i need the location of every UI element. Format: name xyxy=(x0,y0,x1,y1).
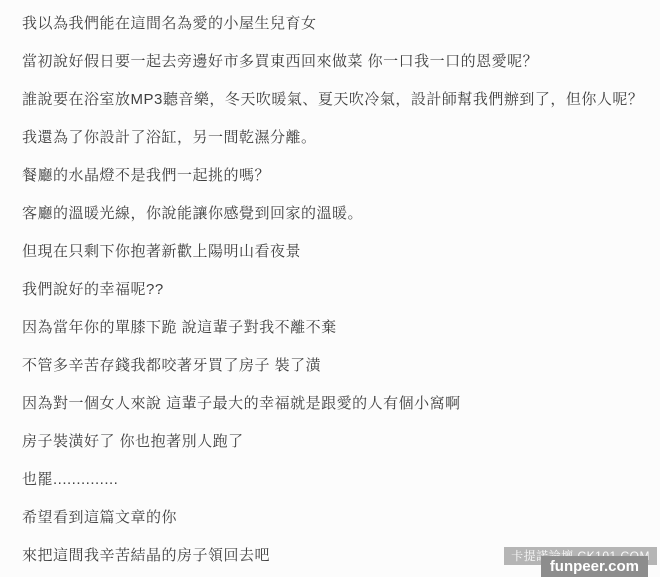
post-line: 因為對一個女人來說 這輩子最大的幸福就是跟愛的人有個小窩啊 xyxy=(22,385,650,423)
post-line: 但現在只剩下你抱著新歡上陽明山看夜景 xyxy=(22,233,650,271)
post-body: 我以為我們能在這間名為愛的小屋生兒育女 當初說好假日要一起去旁邊好市多買東西回來… xyxy=(0,0,660,577)
post-line: 因為當年你的單膝下跪 說這輩子對我不離不棄 xyxy=(22,309,650,347)
site-watermark: funpeer.com xyxy=(541,556,648,577)
post-line: 我們說好的幸福呢?? xyxy=(22,271,650,309)
post-line: 房子裝潢好了 你也抱著別人跑了 xyxy=(22,423,650,461)
post-line: 客廳的溫暖光線，你說能讓你感覺到回家的溫暖。 xyxy=(22,195,650,233)
post-line: 也罷.............. xyxy=(22,461,650,499)
post-line: 餐廳的水晶燈不是我們一起挑的嗎？ xyxy=(22,157,650,195)
post-line: 誰說要在浴室放MP3聽音樂，冬天吹暖氣、夏天吹冷氣，設計師幫我們辦到了，但你人呢… xyxy=(22,81,650,119)
post-line: 當初說好假日要一起去旁邊好市多買東西回來做菜 你一口我一口的恩愛呢？ xyxy=(22,43,650,81)
post-line: 希望看到這篇文章的你 xyxy=(22,499,650,537)
post-line: 不管多辛苦存錢我都咬著牙買了房子 裝了潢 xyxy=(22,347,650,385)
post-line: 我以為我們能在這間名為愛的小屋生兒育女 xyxy=(22,5,650,43)
post-line: 我還為了你設計了浴缸，另一間乾濕分離。 xyxy=(22,119,650,157)
